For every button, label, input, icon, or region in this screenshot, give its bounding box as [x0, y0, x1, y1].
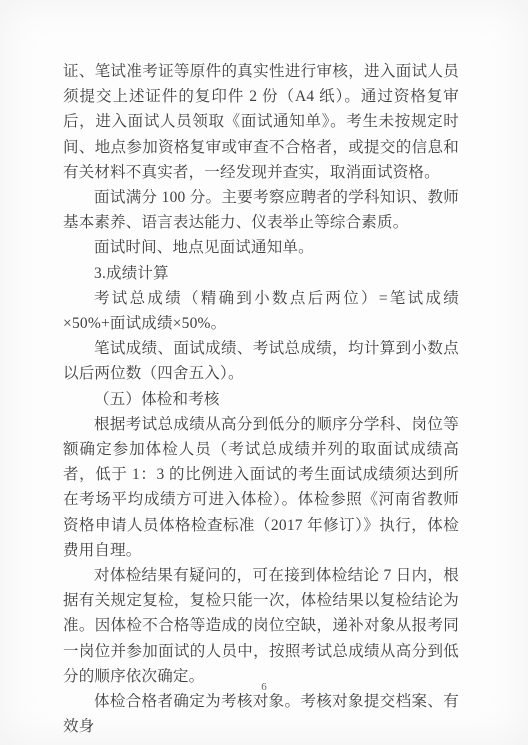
heading-physical-exam-and-assessment: （五）体检和考核 [63, 387, 459, 412]
paragraph-physical-exam-recheck: 对体检结果有疑问的，可在接到体检结论 7 日内，根据有关规定复检，复检只能一次，… [63, 563, 459, 689]
paragraph-certificate-review-continued: 证、笔试准考证等原件的真实性进行审核，进入面试人员须提交上述证件的复印件 2 份… [63, 59, 459, 185]
paragraph-interview-time-place: 面试时间、地点见面试通知单。 [63, 235, 459, 260]
paragraph-physical-exam-selection: 根据考试总成绩从高分到低分的顺序分学科、岗位等额确定参加体检人员（考试总成绩并列… [63, 412, 459, 563]
paragraph-score-rounding: 笔试成绩、面试成绩、考试总成绩，均计算到小数点以后两位数（四舍五入）。 [63, 336, 459, 386]
paragraph-interview-full-score: 面试满分 100 分。主要考察应聘者的学科知识、教师基本素养、语言表达能力、仪表… [63, 185, 459, 235]
heading-score-calculation: 3.成绩计算 [63, 261, 459, 286]
page-number: 6 [0, 681, 528, 693]
paragraph-total-score-formula: 考试总成绩（精确到小数点后两位）=笔试成绩×50%+面试成绩×50%。 [63, 286, 459, 336]
document-text-block: 证、笔试准考证等原件的真实性进行审核，进入面试人员须提交上述证件的复印件 2 份… [63, 59, 459, 739]
paragraph-assessment-target: 体检合格者确定为考核对象。考核对象提交档案、有效身 [63, 689, 459, 739]
document-page: 证、笔试准考证等原件的真实性进行审核，进入面试人员须提交上述证件的复印件 2 份… [0, 0, 528, 745]
